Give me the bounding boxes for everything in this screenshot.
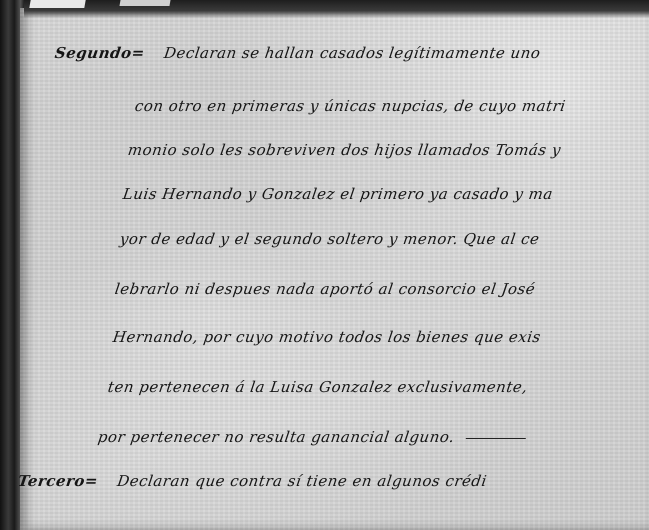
manuscript-line: lebrarlo ni despues nada aportó al conso… — [114, 280, 537, 298]
line-text: Declaran se hallan casados legítimamente… — [163, 44, 542, 62]
clause-label: Tercero= — [17, 472, 100, 490]
manuscript-line: por pertenecer no resulta ganancial algu… — [97, 428, 527, 446]
line-text: Luis Hernando y Gonzalez el primero ya c… — [122, 185, 554, 203]
manuscript-line: Luis Hernando y Gonzalez el primero ya c… — [122, 185, 554, 203]
line-text: lebrarlo ni despues nada aportó al conso… — [114, 280, 537, 298]
line-text: Hernando, por cuyo motivo todos los bien… — [112, 328, 542, 346]
torn-top-edge — [24, 0, 649, 18]
clause-label: Segundo= — [54, 44, 146, 62]
manuscript-line: Hernando, por cuyo motivo todos los bien… — [112, 328, 542, 346]
line-text: yor de edad y el segundo soltero y menor… — [119, 230, 541, 248]
line-end-rule — [466, 438, 526, 439]
line-text: ten pertenecen á la Luisa Gonzalez exclu… — [107, 378, 529, 396]
line-text: por pertenecer no resulta ganancial algu… — [97, 428, 456, 446]
manuscript-line: yor de edad y el segundo soltero y menor… — [119, 230, 541, 248]
manuscript-line: con otro en primeras y únicas nupcias, d… — [134, 97, 567, 115]
manuscript-line: ten pertenecen á la Luisa Gonzalez exclu… — [107, 378, 529, 396]
line-text: Declaran que contra sí tiene en algunos … — [116, 472, 488, 490]
line-text: monio solo les sobreviven dos hijos llam… — [127, 141, 562, 159]
torn-paper-fragment — [119, 0, 170, 6]
manuscript-line: monio solo les sobreviven dos hijos llam… — [127, 141, 562, 159]
line-text: con otro en primeras y únicas nupcias, d… — [134, 97, 567, 115]
manuscript-page — [20, 8, 649, 530]
manuscript-line: Segundo= Declaran se hallan casados legí… — [54, 44, 542, 62]
manuscript-line: Tercero= Declaran que contra sí tiene en… — [17, 472, 488, 490]
torn-paper-fragment — [29, 0, 85, 8]
